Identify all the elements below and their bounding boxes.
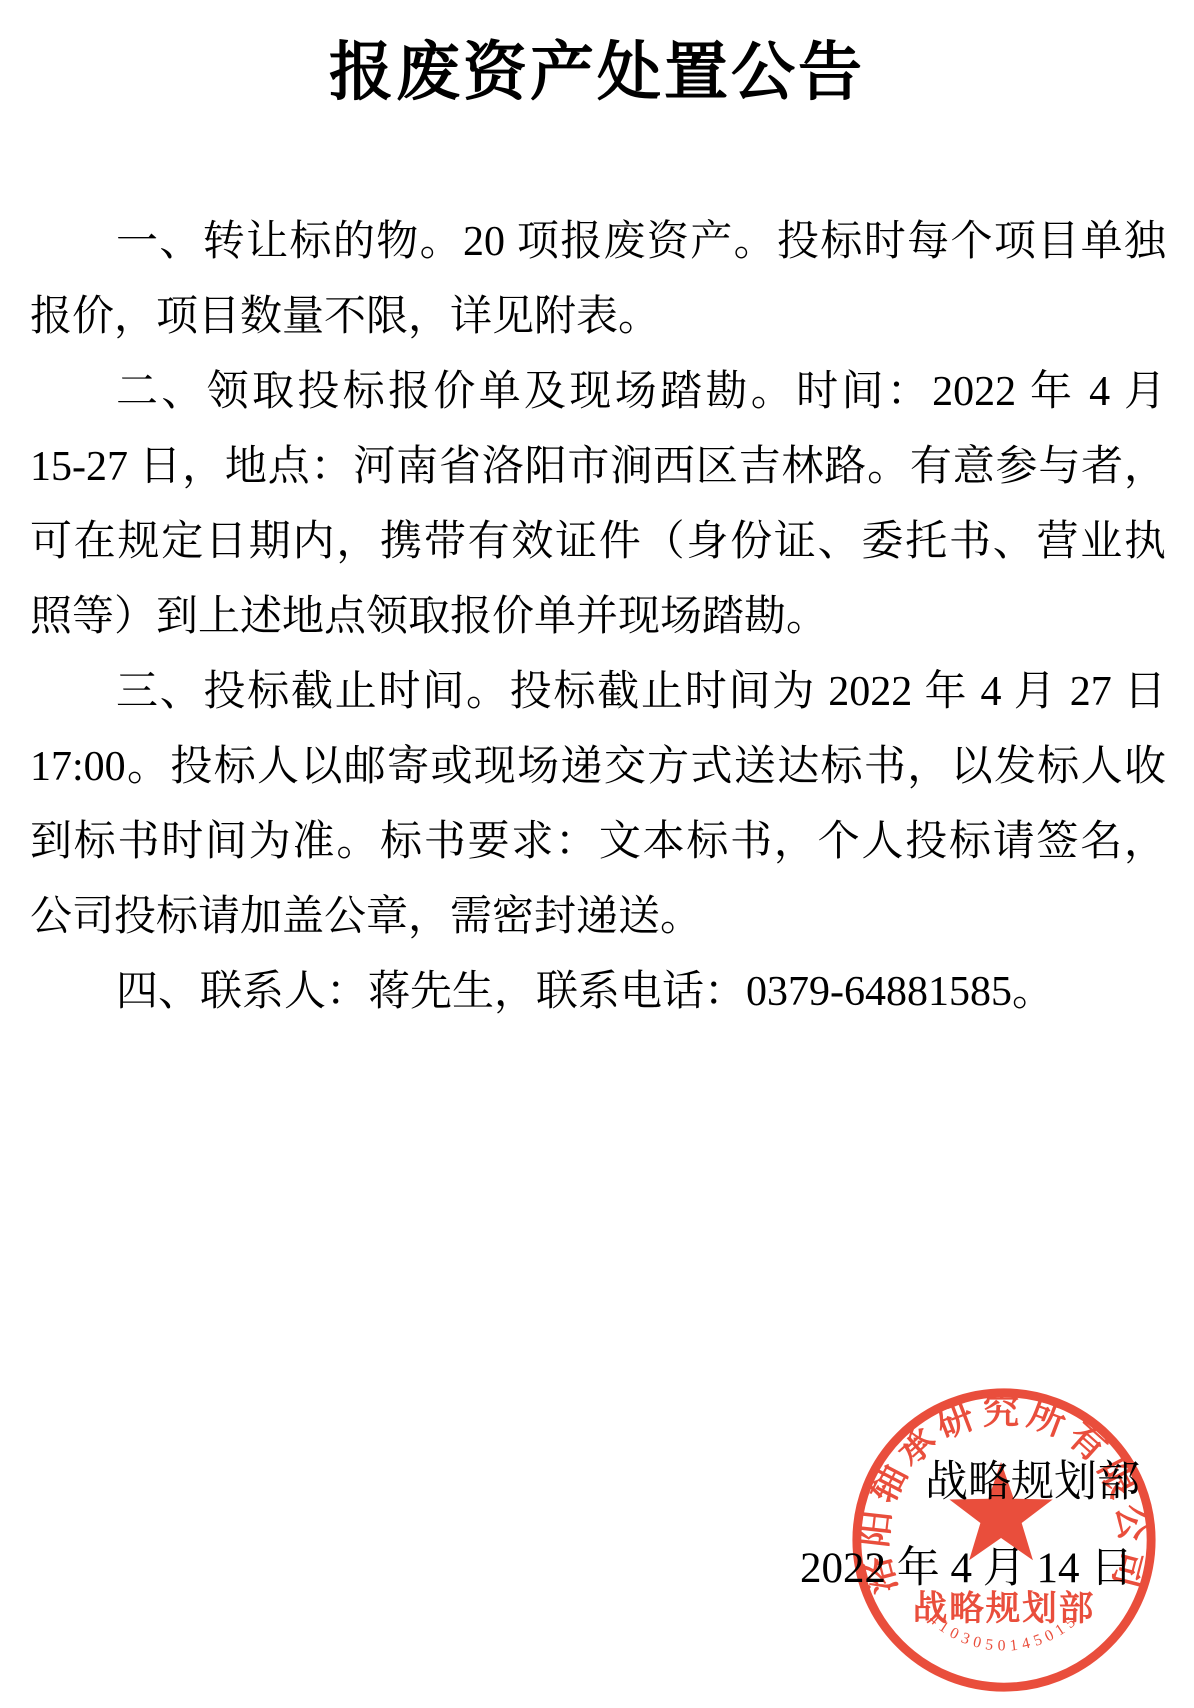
page-title: 报废资产处置公告 — [0, 22, 1194, 122]
paragraph-3-line-3: 到标书时间为准。标书要求：文本标书，个人投标请签名， — [30, 805, 1166, 880]
paragraph-3-line-1: 三、投标截止时间。投标截止时间为 2022 年 4 月 27 日 — [30, 655, 1166, 730]
paragraph-2-line-1: 二、领取投标报价单及现场踏勘。时间：2022 年 4 月 — [30, 355, 1166, 430]
paragraph-1-line-2: 报价，项目数量不限，详见附表。 — [30, 280, 1166, 355]
star-icon — [949, 1462, 1052, 1560]
company-seal-stamp: 洛阳轴承研究所有限公司 战略规划部 4103050145015 — [846, 1382, 1162, 1698]
paragraph-3-line-4: 公司投标请加盖公章，需密封递送。 — [30, 880, 1166, 955]
paragraph-2-line-3: 可在规定日期内，携带有效证件（身份证、委托书、营业执 — [30, 505, 1166, 580]
paragraph-1-line-1: 一、转让标的物。20 项报废资产。投标时每个项目单独 — [30, 205, 1166, 280]
announcement-page: 报废资产处置公告 一、转让标的物。20 项报废资产。投标时每个项目单独 报价，项… — [0, 0, 1194, 1708]
announcement-body: 一、转让标的物。20 项报废资产。投标时每个项目单独 报价，项目数量不限，详见附… — [30, 205, 1166, 1030]
paragraph-4-line-1: 四、联系人：蒋先生，联系电话：0379-64881585。 — [30, 955, 1166, 1030]
paragraph-2-line-4: 照等）到上述地点领取报价单并现场踏勘。 — [30, 580, 1166, 655]
paragraph-2-line-2: 15-27 日，地点：河南省洛阳市涧西区吉林路。有意参与者， — [30, 430, 1166, 505]
paragraph-3-line-2: 17:00。投标人以邮寄或现场递交方式送达标书，以发标人收 — [30, 730, 1166, 805]
